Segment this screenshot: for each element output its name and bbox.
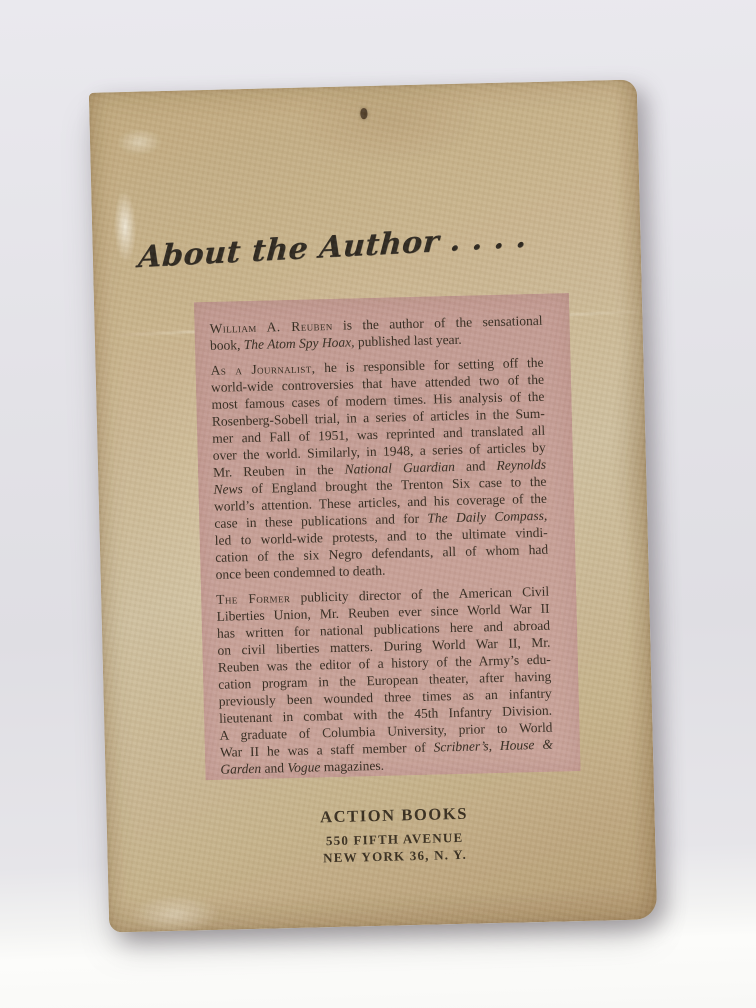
publisher-block: ACTION BOOKS 550 FIFTH AVENUE NEW YORK 3… xyxy=(206,801,582,869)
author-bio-panel: William A. Reuben is the author of the s… xyxy=(194,293,581,780)
book-back-cover: About the Author . . . . William A. Reub… xyxy=(89,79,657,932)
bio-text-segment: published last year. xyxy=(354,332,462,350)
bio-paragraph: William A. Reuben is the author of the s… xyxy=(209,312,543,354)
bio-text-segment: Garden xyxy=(220,761,261,777)
photo-backdrop: About the Author . . . . William A. Reub… xyxy=(0,0,756,1008)
bio-text-segment: The Daily Compass, xyxy=(427,508,547,526)
bio-text-segment: As a Journalist, xyxy=(210,360,315,378)
bio-text-segment: News xyxy=(213,481,243,497)
bio-text-segment: and xyxy=(261,760,288,776)
bio-text-segment: and xyxy=(455,458,497,474)
bio-text-segment: magazines. xyxy=(320,758,384,775)
author-paragraphs: William A. Reuben is the author of the s… xyxy=(209,312,553,778)
about-the-author-heading: About the Author . . . . xyxy=(137,223,528,273)
bio-text-segment: National Guardian xyxy=(344,459,455,477)
bio-text-segment: The Atom Spy Hoax, xyxy=(244,334,355,352)
bio-text-segment: William A. Reuben xyxy=(209,318,332,336)
bio-paragraph: As a Journalist, he is responsible for s… xyxy=(210,354,548,583)
bio-paragraph: The Former publicity director of the Ame… xyxy=(216,583,553,778)
bio-text-segment: book, xyxy=(210,337,244,353)
staple-hole xyxy=(360,108,367,119)
bio-text-segment: Vogue xyxy=(287,759,320,775)
bio-text-segment: Scribner’s, House & xyxy=(433,737,553,755)
bio-text-segment: The Former xyxy=(216,590,290,607)
bio-text-segment: Reynolds xyxy=(496,457,546,473)
publisher-name: ACTION BOOKS xyxy=(206,801,581,830)
bio-text-segment: once been condemned to death. xyxy=(215,563,385,582)
